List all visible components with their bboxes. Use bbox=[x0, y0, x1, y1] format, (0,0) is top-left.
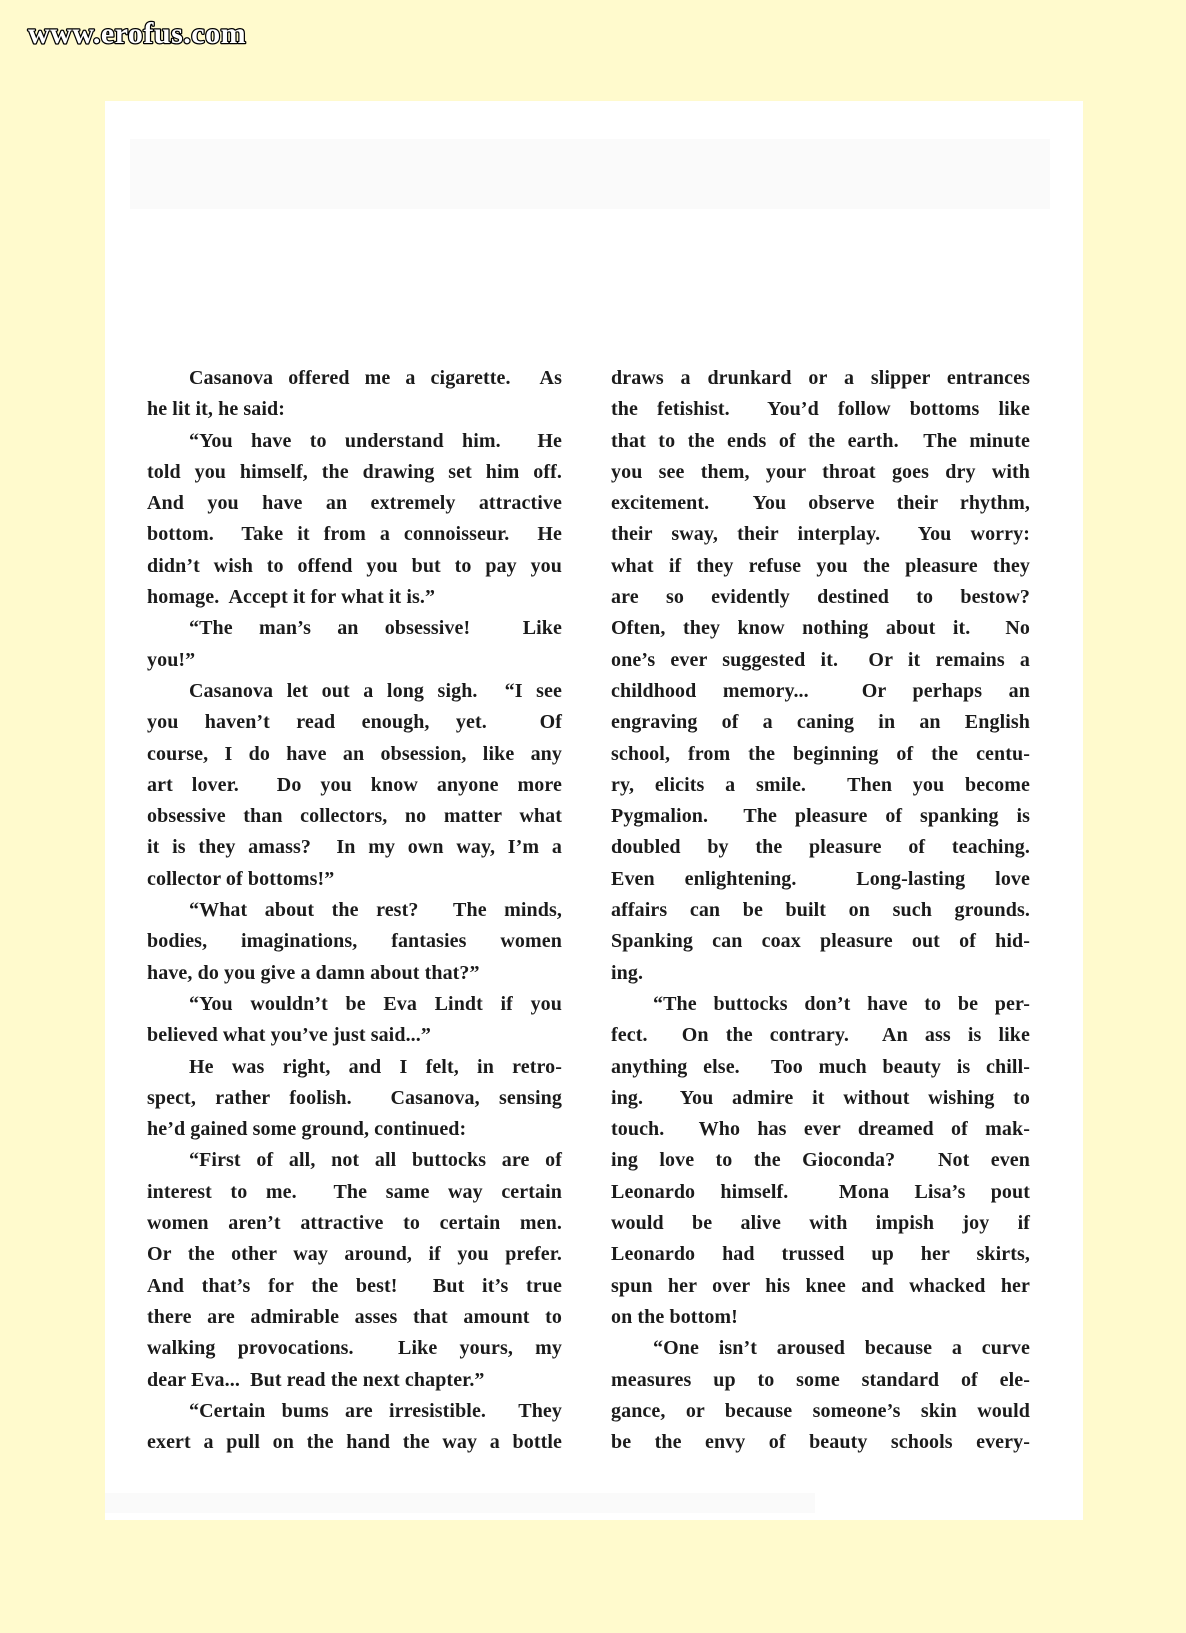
text-line: course, I do have an obsession, like any bbox=[147, 739, 562, 770]
text-line: Casanova let out a long sigh. “I see bbox=[147, 676, 562, 707]
text-line: ing. You admire it without wishing to bbox=[611, 1083, 1030, 1114]
text-line: childhood memory... Or perhaps an bbox=[611, 676, 1030, 707]
text-line: anything else. Too much beauty is chill- bbox=[611, 1052, 1030, 1083]
text-line: you see them, your throat goes dry with bbox=[611, 457, 1030, 488]
text-line: fect. On the contrary. An ass is like bbox=[611, 1020, 1030, 1051]
text-line: Even enlightening. Long-lasting love bbox=[611, 864, 1030, 895]
text-line: bodies, imaginations, fantasies women bbox=[147, 926, 562, 957]
text-line: Leonardo himself. Mona Lisa’s pout bbox=[611, 1177, 1030, 1208]
text-line: “You wouldn’t be Eva Lindt if you bbox=[147, 989, 562, 1020]
text-line: you haven’t read enough, yet. Of bbox=[147, 707, 562, 738]
text-line: Casanova offered me a cigarette. As bbox=[147, 363, 562, 394]
text-column-left: Casanova offered me a cigarette. Ashe li… bbox=[147, 363, 562, 1458]
text-line: it is they amass? In my own way, I’m a bbox=[147, 832, 562, 863]
text-line: excitement. You observe their rhythm, bbox=[611, 488, 1030, 519]
site-watermark: www.erofus.com bbox=[24, 10, 304, 58]
book-page: Casanova offered me a cigarette. Ashe li… bbox=[105, 101, 1083, 1520]
text-line: Or the other way around, if you prefer. bbox=[147, 1239, 562, 1270]
watermark-text: www.erofus.com bbox=[28, 17, 246, 50]
text-line: obsessive than collectors, no matter wha… bbox=[147, 801, 562, 832]
text-line: Often, they know nothing about it. No bbox=[611, 613, 1030, 644]
text-column-right: draws a drunkard or a slipper entrancest… bbox=[611, 363, 1030, 1458]
text-line: “You have to understand him. He bbox=[147, 426, 562, 457]
text-line: their sway, their interplay. You worry: bbox=[611, 519, 1030, 550]
text-line: He was right, and I felt, in retro- bbox=[147, 1052, 562, 1083]
text-line: ry, elicits a smile. Then you become bbox=[611, 770, 1030, 801]
text-line: told you himself, the drawing set him of… bbox=[147, 457, 562, 488]
text-line: ing love to the Gioconda? Not even bbox=[611, 1145, 1030, 1176]
scan-shading-bottom bbox=[105, 1493, 815, 1513]
text-line: on the bottom! bbox=[611, 1302, 1030, 1333]
text-line: interest to me. The same way certain bbox=[147, 1177, 562, 1208]
text-line: “What about the rest? The minds, bbox=[147, 895, 562, 926]
text-line: touch. Who has ever dreamed of mak- bbox=[611, 1114, 1030, 1145]
scanned-page-view: { "colors": { "background": "#FFFACD", "… bbox=[0, 0, 1186, 1633]
text-line: dear Eva... But read the next chapter.” bbox=[147, 1365, 562, 1396]
text-line: are so evidently destined to bestow? bbox=[611, 582, 1030, 613]
text-line: And that’s for the best! But it’s true bbox=[147, 1271, 562, 1302]
text-line: Pygmalion. The pleasure of spanking is bbox=[611, 801, 1030, 832]
text-line: spect, rather foolish. Casanova, sensing bbox=[147, 1083, 562, 1114]
text-line: the fetishist. You’d follow bottoms like bbox=[611, 394, 1030, 425]
text-line: exert a pull on the hand the way a bottl… bbox=[147, 1427, 562, 1458]
text-line: there are admirable asses that amount to bbox=[147, 1302, 562, 1333]
text-line: “One isn’t aroused because a curve bbox=[611, 1333, 1030, 1364]
text-line: Leonardo had trussed up her skirts, bbox=[611, 1239, 1030, 1270]
text-line: have, do you give a damn about that?” bbox=[147, 958, 562, 989]
scan-shading-top bbox=[130, 139, 1050, 209]
text-line: be the envy of beauty schools every- bbox=[611, 1427, 1030, 1458]
text-line: engraving of a caning in an English bbox=[611, 707, 1030, 738]
text-line: affairs can be built on such grounds. bbox=[611, 895, 1030, 926]
text-line: believed what you’ve just said...” bbox=[147, 1020, 562, 1051]
text-line: you!” bbox=[147, 645, 562, 676]
text-line: he lit it, he said: bbox=[147, 394, 562, 425]
text-line: one’s ever suggested it. Or it remains a bbox=[611, 645, 1030, 676]
text-line: doubled by the pleasure of teaching. bbox=[611, 832, 1030, 863]
text-line: what if they refuse you the pleasure the… bbox=[611, 551, 1030, 582]
text-line: And you have an extremely attractive bbox=[147, 488, 562, 519]
text-line: homage. Accept it for what it is.” bbox=[147, 582, 562, 613]
text-line: walking provocations. Like yours, my bbox=[147, 1333, 562, 1364]
text-line: “Certain bums are irresistible. They bbox=[147, 1396, 562, 1427]
text-line: ing. bbox=[611, 958, 1030, 989]
text-line: “The buttocks don’t have to be per- bbox=[611, 989, 1030, 1020]
text-line: “First of all, not all buttocks are of bbox=[147, 1145, 562, 1176]
text-line: Spanking can coax pleasure out of hid- bbox=[611, 926, 1030, 957]
text-line: art lover. Do you know anyone more bbox=[147, 770, 562, 801]
text-line: gance, or because someone’s skin would bbox=[611, 1396, 1030, 1427]
text-line: bottom. Take it from a connoisseur. He bbox=[147, 519, 562, 550]
text-line: would be alive with impish joy if bbox=[611, 1208, 1030, 1239]
text-line: collector of bottoms!” bbox=[147, 864, 562, 895]
text-line: spun her over his knee and whacked her bbox=[611, 1271, 1030, 1302]
text-line: didn’t wish to offend you but to pay you bbox=[147, 551, 562, 582]
text-line: that to the ends of the earth. The minut… bbox=[611, 426, 1030, 457]
text-line: measures up to some standard of ele- bbox=[611, 1365, 1030, 1396]
text-line: school, from the beginning of the centu- bbox=[611, 739, 1030, 770]
text-line: “The man’s an obsessive! Like bbox=[147, 613, 562, 644]
text-line: women aren’t attractive to certain men. bbox=[147, 1208, 562, 1239]
text-line: draws a drunkard or a slipper entrances bbox=[611, 363, 1030, 394]
text-line: he’d gained some ground, continued: bbox=[147, 1114, 562, 1145]
